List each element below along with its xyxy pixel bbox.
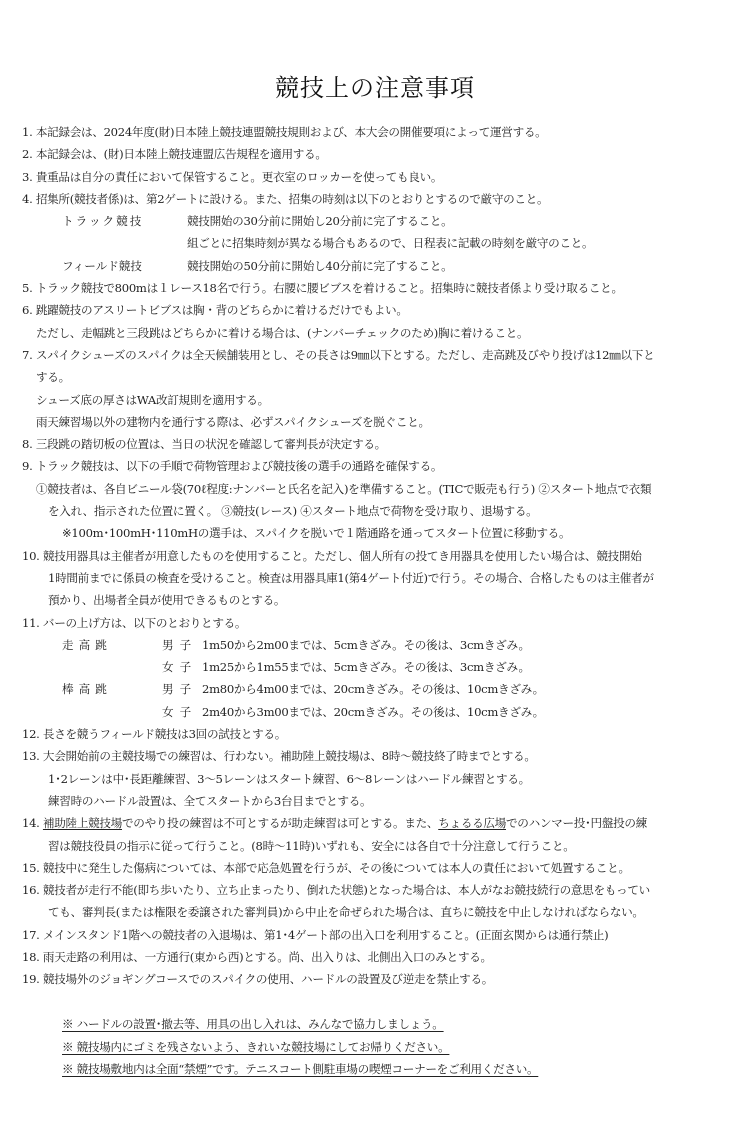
bar-event xyxy=(22,701,162,723)
bar-sex: 男子 xyxy=(162,678,202,700)
rule-10: 10. 競技用器具は主催者が用意したものを使用すること。ただし、個人所有の投てき… xyxy=(22,545,732,567)
chororu-plaza-link: ちょるる広場 xyxy=(438,816,506,830)
rule-16-cont: ても、審判長(または権限を委譲された審判員)から中止を命ぜられた場合は、直ちに競… xyxy=(22,901,732,923)
rule-4: 4. 招集所(競技者係)は、第2ゲートに設ける。また、招集の時刻は以下のとおりと… xyxy=(22,188,732,210)
rule-9-note: ※100m･100mH･110mHの選手は、スパイクを脱いで１階通路を通ってスタ… xyxy=(22,522,732,544)
rule-9-step-2: を入れ、指示された位置に置く。 ③競技(レース) ④スタート地点で荷物を受け取り… xyxy=(22,500,732,522)
rule-4-field-row: フィールド競技 競技開始の50分前に開始し40分前に完了すること。 xyxy=(22,255,732,277)
rule-9: 9. トラック競技は、以下の手順で荷物管理および競技後の選手の通路を確保する。 xyxy=(22,455,732,477)
bar-row: 女子 1m25から1m55までは、5cmきざみ。その後は、3cmきざみ。 xyxy=(22,656,732,678)
bar-row: 走高跳 男子 1m50から2m00までは、5cmきざみ。その後は、3cmきざみ。 xyxy=(22,634,732,656)
rule-7-indoor: 雨天練習場以外の建物内を通行する際は、必ずスパイクシューズを脱ぐこと。 xyxy=(22,411,732,433)
rule-7: 7. スパイクシューズのスパイクは全天候舗装用とし、その長さは9㎜以下とする。た… xyxy=(22,344,732,366)
rule-14-cont: 習は競技役員の指示に従って行うこと。(8時～11時)いずれも、安全には各自で十分… xyxy=(22,835,732,857)
bar-row: 棒高跳 男子 2m80から4m00までは、20cmきざみ。その後は、10cmきざ… xyxy=(22,678,732,700)
rule-17: 17. メインスタンド1階への競技者の入退場は、第1･4ゲート部の出入口を利用す… xyxy=(22,924,732,946)
bar-rule: 1m50から2m00までは、5cmきざみ。その後は、3cmきざみ。 xyxy=(202,634,530,656)
rule-6-note: ただし、走幅跳と三段跳はどちらかに着ける場合は、(ナンバーチェックのため)胸に着… xyxy=(22,322,732,344)
rule-3: 3. 貴重品は自分の責任において保管すること。更衣室のロッカーを使っても良い。 xyxy=(22,166,732,188)
rule-19: 19. 競技場外のジョギングコースでのスパイクの使用、ハードルの設置及び逆走を禁… xyxy=(22,968,732,990)
rule-4-track-label: トラック競技 xyxy=(22,210,187,232)
rule-13-hurdles: 練習時のハードル設置は、全てスタートから3台目までとする。 xyxy=(22,790,732,812)
rule-5: 5. トラック競技で800mは１レース18名で行う。右腰に腰ビブスを着けること。… xyxy=(22,277,732,299)
rule-13: 13. 大会開始前の主競技場での練習は、行わない。補助陸上競技場は、8時～競技終… xyxy=(22,745,732,767)
bar-sex: 男子 xyxy=(162,634,202,656)
note-cooperation: ※ ハードルの設置･撤去等、用具の出し入れは、みんなで協力しましょう。 xyxy=(62,1013,702,1036)
rule-7-sole: シューズ底の厚さはWA改訂規則を適用する。 xyxy=(22,389,732,411)
rule-7-cont: する。 xyxy=(22,366,732,388)
bar-event: 棒高跳 xyxy=(22,678,162,700)
bar-rule: 1m25から1m55までは、5cmきざみ。その後は、3cmきざみ。 xyxy=(202,656,530,678)
rule-10-cont-2: 預かり、出場者全員が使用できるものとする。 xyxy=(22,589,732,611)
bar-row: 女子 2m40から3m00までは、20cmきざみ。その後は、10cmきざみ。 xyxy=(22,701,732,723)
rule-11: 11. バーの上げ方は、以下のとおりとする。 xyxy=(22,612,732,634)
note-no-litter: ※ 競技場内にゴミを残さないよう、きれいな競技場にしてお帰りください。 xyxy=(62,1036,702,1059)
rules-list: 1. 本記録会は、2024年度(財)日本陸上競技連盟競技規則および、本大会の開催… xyxy=(22,121,732,991)
note-no-smoking: ※ 競技場敷地内は全面“禁煙”です。テニスコート側駐車場の喫煙コーナーをご利用く… xyxy=(62,1058,702,1081)
rule-8: 8. 三段跳の踏切板の位置は、当日の状況を確認して審判長が決定する。 xyxy=(22,433,732,455)
rule-15: 15. 競技中に発生した傷病については、本部で応急処置を行うが、その後については… xyxy=(22,857,732,879)
rule-4-field-label: フィールド競技 xyxy=(22,255,187,277)
rule-16: 16. 競技者が走行不能(即ち歩いたり、立ち止まったり、倒れた状態)となった場合… xyxy=(22,879,732,901)
rule-13-lanes: 1･2レーンは中･長距離練習、3～5レーンはスタート練習、6～8レーンはハードル… xyxy=(22,768,732,790)
bar-event xyxy=(22,656,162,678)
rule-12: 12. 長さを競うフィールド競技は3回の試技とする。 xyxy=(22,723,732,745)
rule-6: 6. 跳躍競技のアスリートビブスは胸・背のどちらかに着けるだけでもよい。 xyxy=(22,299,732,321)
rule-10-cont: 1時間前までに係員の検査を受けること。検査は用器具庫1(第4ゲート付近)で行う。… xyxy=(22,567,732,589)
bar-sex: 女子 xyxy=(162,701,202,723)
bar-sex: 女子 xyxy=(162,656,202,678)
rule-2: 2. 本記録会は、(財)日本陸上競技連盟広告規程を適用する。 xyxy=(22,143,732,165)
bar-rule: 2m80から4m00までは、20cmきざみ。その後は、10cmきざみ。 xyxy=(202,678,544,700)
rule-18: 18. 雨天走路の利用は、一方通行(東から西)とする。尚、出入りは、北側出入口の… xyxy=(22,946,732,968)
rule-4-field-text: 競技開始の50分前に開始し40分前に完了すること。 xyxy=(187,255,452,277)
rule-1: 1. 本記録会は、2024年度(財)日本陸上競技連盟競技規則および、本大会の開催… xyxy=(22,121,732,143)
rule-14: 14. 補助陸上競技場でのやり投の練習は不可とするが助走練習は可とする。また、ち… xyxy=(22,812,732,834)
rule-4-track-row: トラック競技 競技開始の30分前に開始し20分前に完了すること。 xyxy=(22,210,732,232)
rule-4-track-row-2: 組ごとに招集時刻が異なる場合もあるので、日程表に記載の時刻を厳守のこと。 xyxy=(22,232,732,254)
rule-4-track-text: 競技開始の30分前に開始し20分前に完了すること。 xyxy=(187,210,452,232)
aux-stadium-link: 補助陸上競技場 xyxy=(43,816,122,830)
rule-9-step-1: ①競技者は、各自ビニール袋(70ℓ程度:ナンバーと氏名を記入)を準備すること。(… xyxy=(22,478,732,500)
rule-4-track-text-2: 組ごとに招集時刻が異なる場合もあるので、日程表に記載の時刻を厳守のこと。 xyxy=(187,232,593,254)
page-title: 競技上の注意事項 xyxy=(0,68,750,103)
bar-event: 走高跳 xyxy=(22,634,162,656)
bar-rule: 2m40から3m00までは、20cmきざみ。その後は、10cmきざみ。 xyxy=(202,701,544,723)
closing-notes: ※ ハードルの設置･撤去等、用具の出し入れは、みんなで協力しましょう。 ※ 競技… xyxy=(62,1013,702,1081)
